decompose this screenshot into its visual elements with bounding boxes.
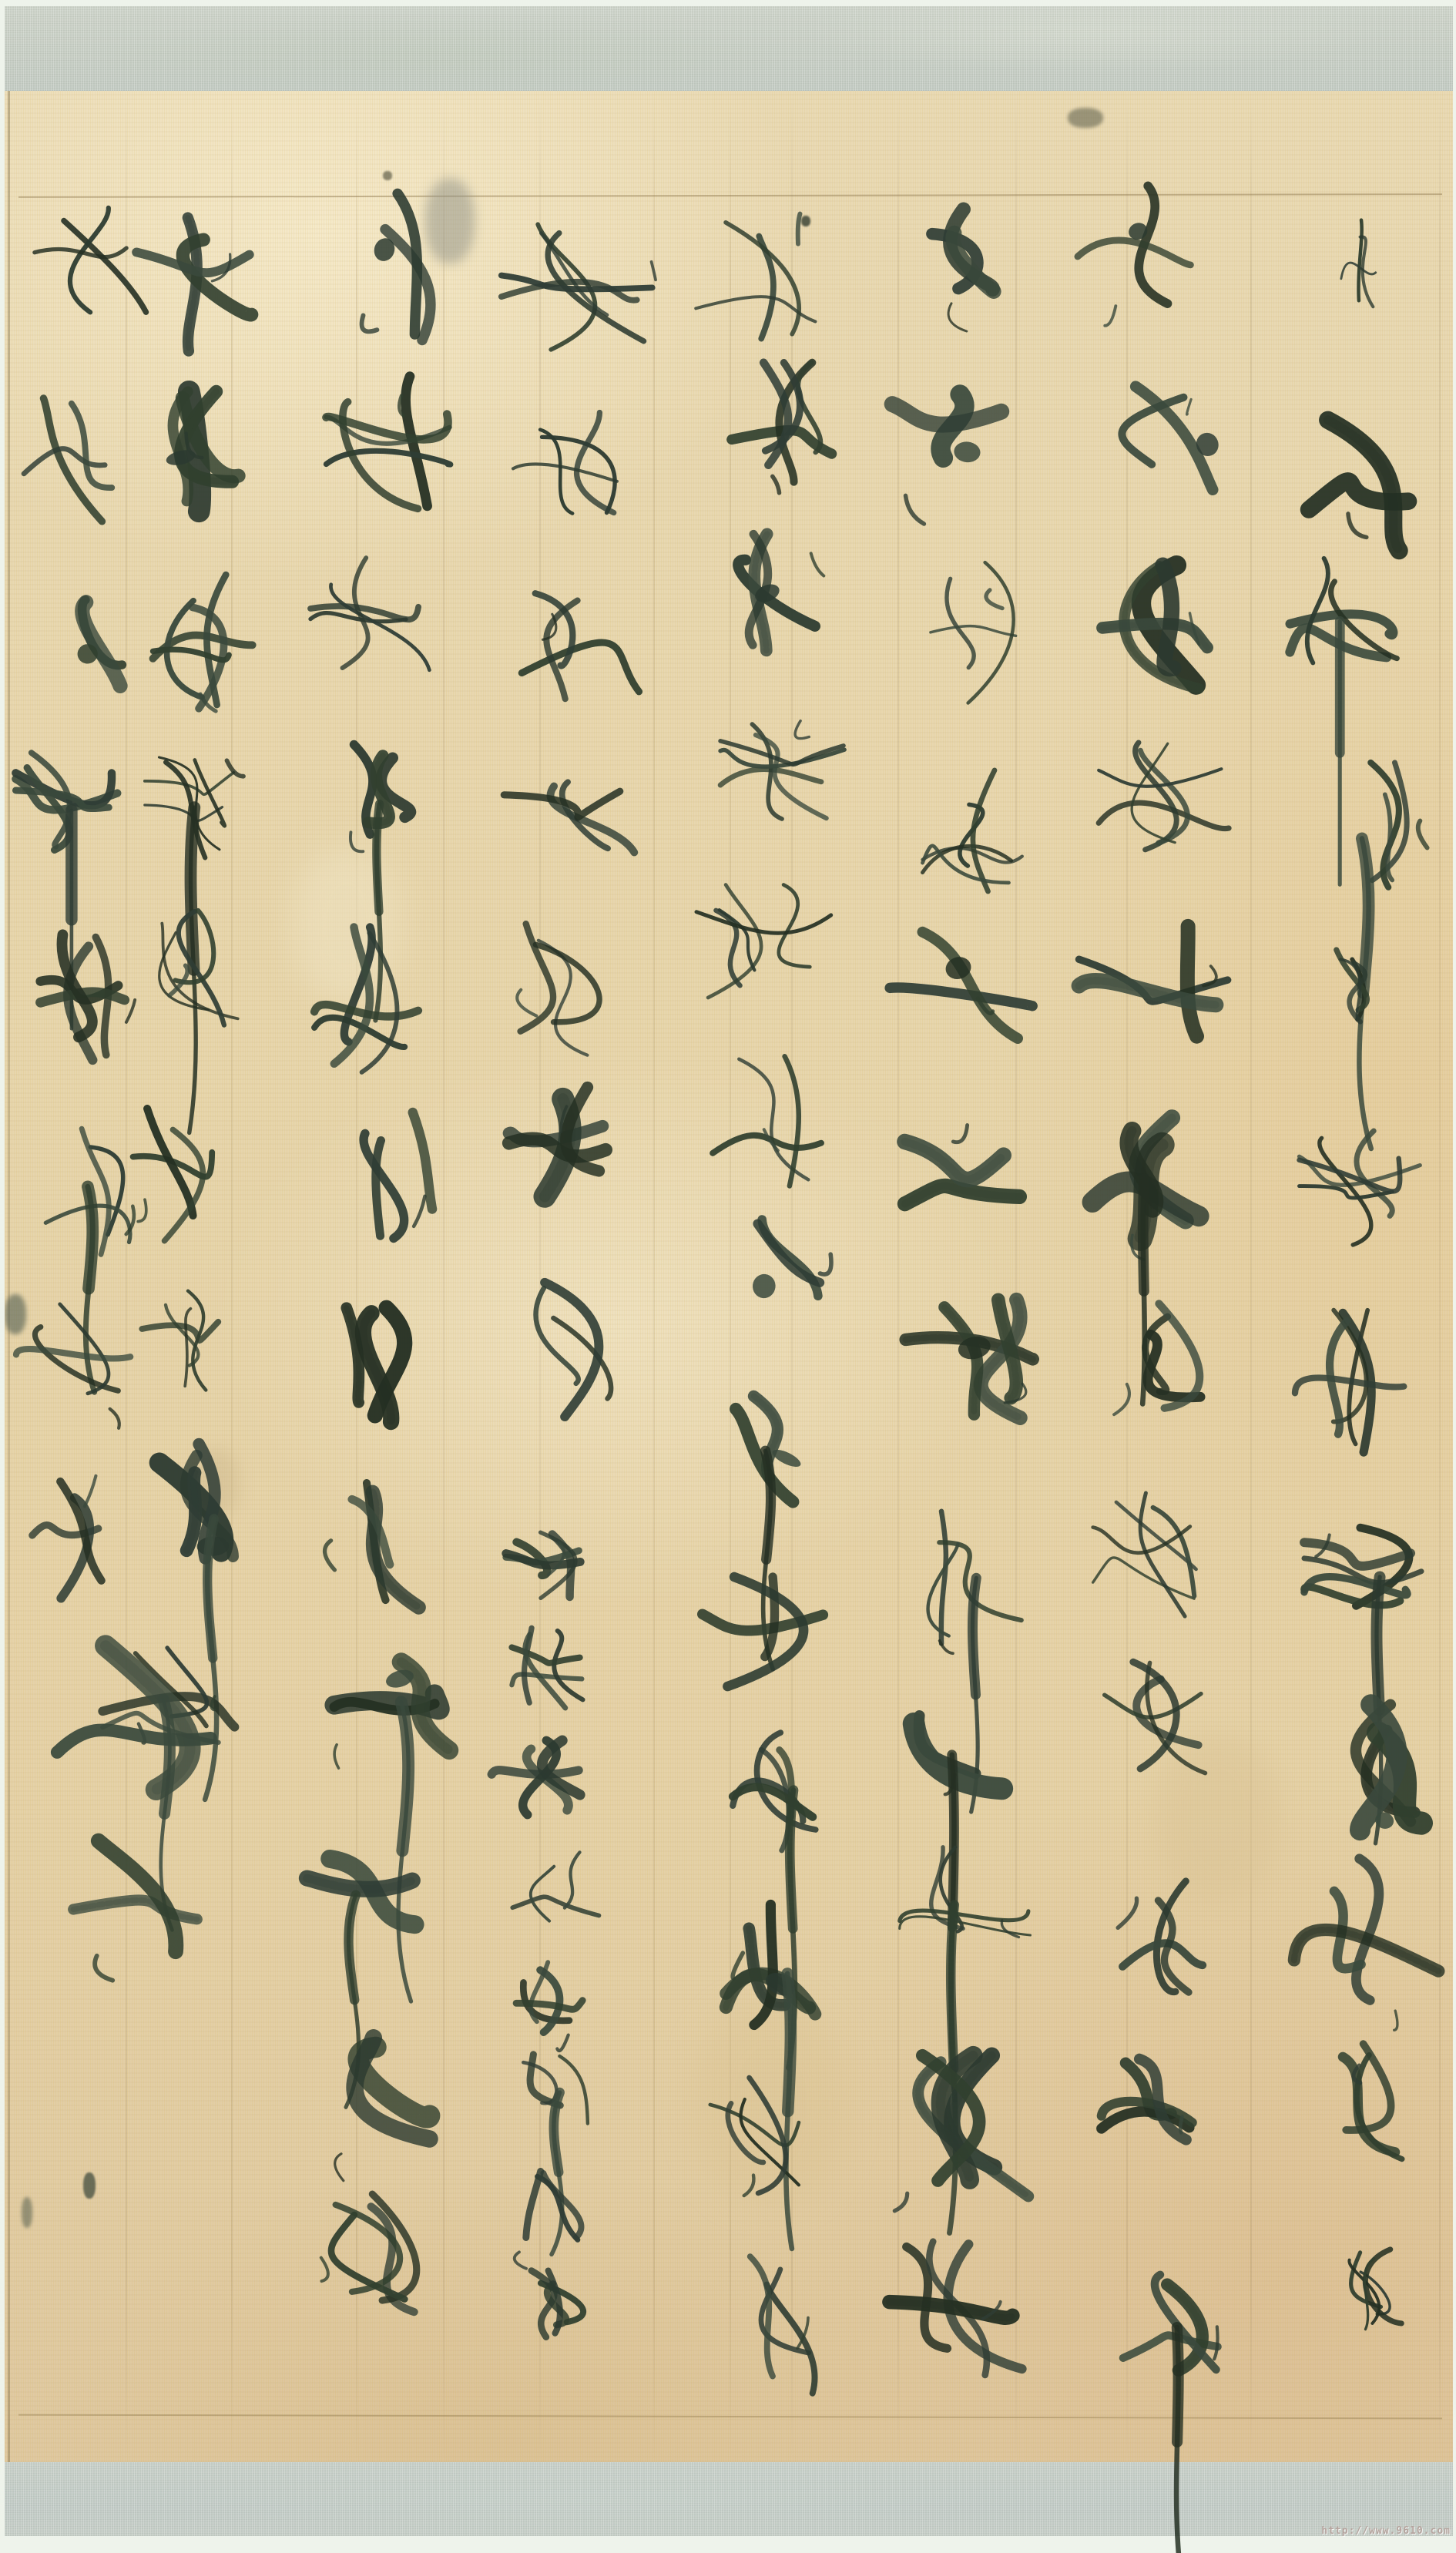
calligraphy-column-5-lower [491, 1532, 599, 2337]
calligraphy-column-2 [1078, 186, 1229, 2553]
calligraphy-column-4 [696, 214, 844, 2394]
calligraphy-column-5-upper [502, 224, 656, 1417]
calligraphy-column-6 [307, 193, 450, 2312]
calligraphy-column-1 [1290, 220, 1438, 2330]
calligraphy-ink-layer [0, 0, 1456, 2553]
watermark-text: http://www.9610.com [1321, 2525, 1451, 2537]
scanned-handscroll: http://www.9610.com [0, 0, 1456, 2553]
calligraphy-column-3 [889, 210, 1032, 2375]
